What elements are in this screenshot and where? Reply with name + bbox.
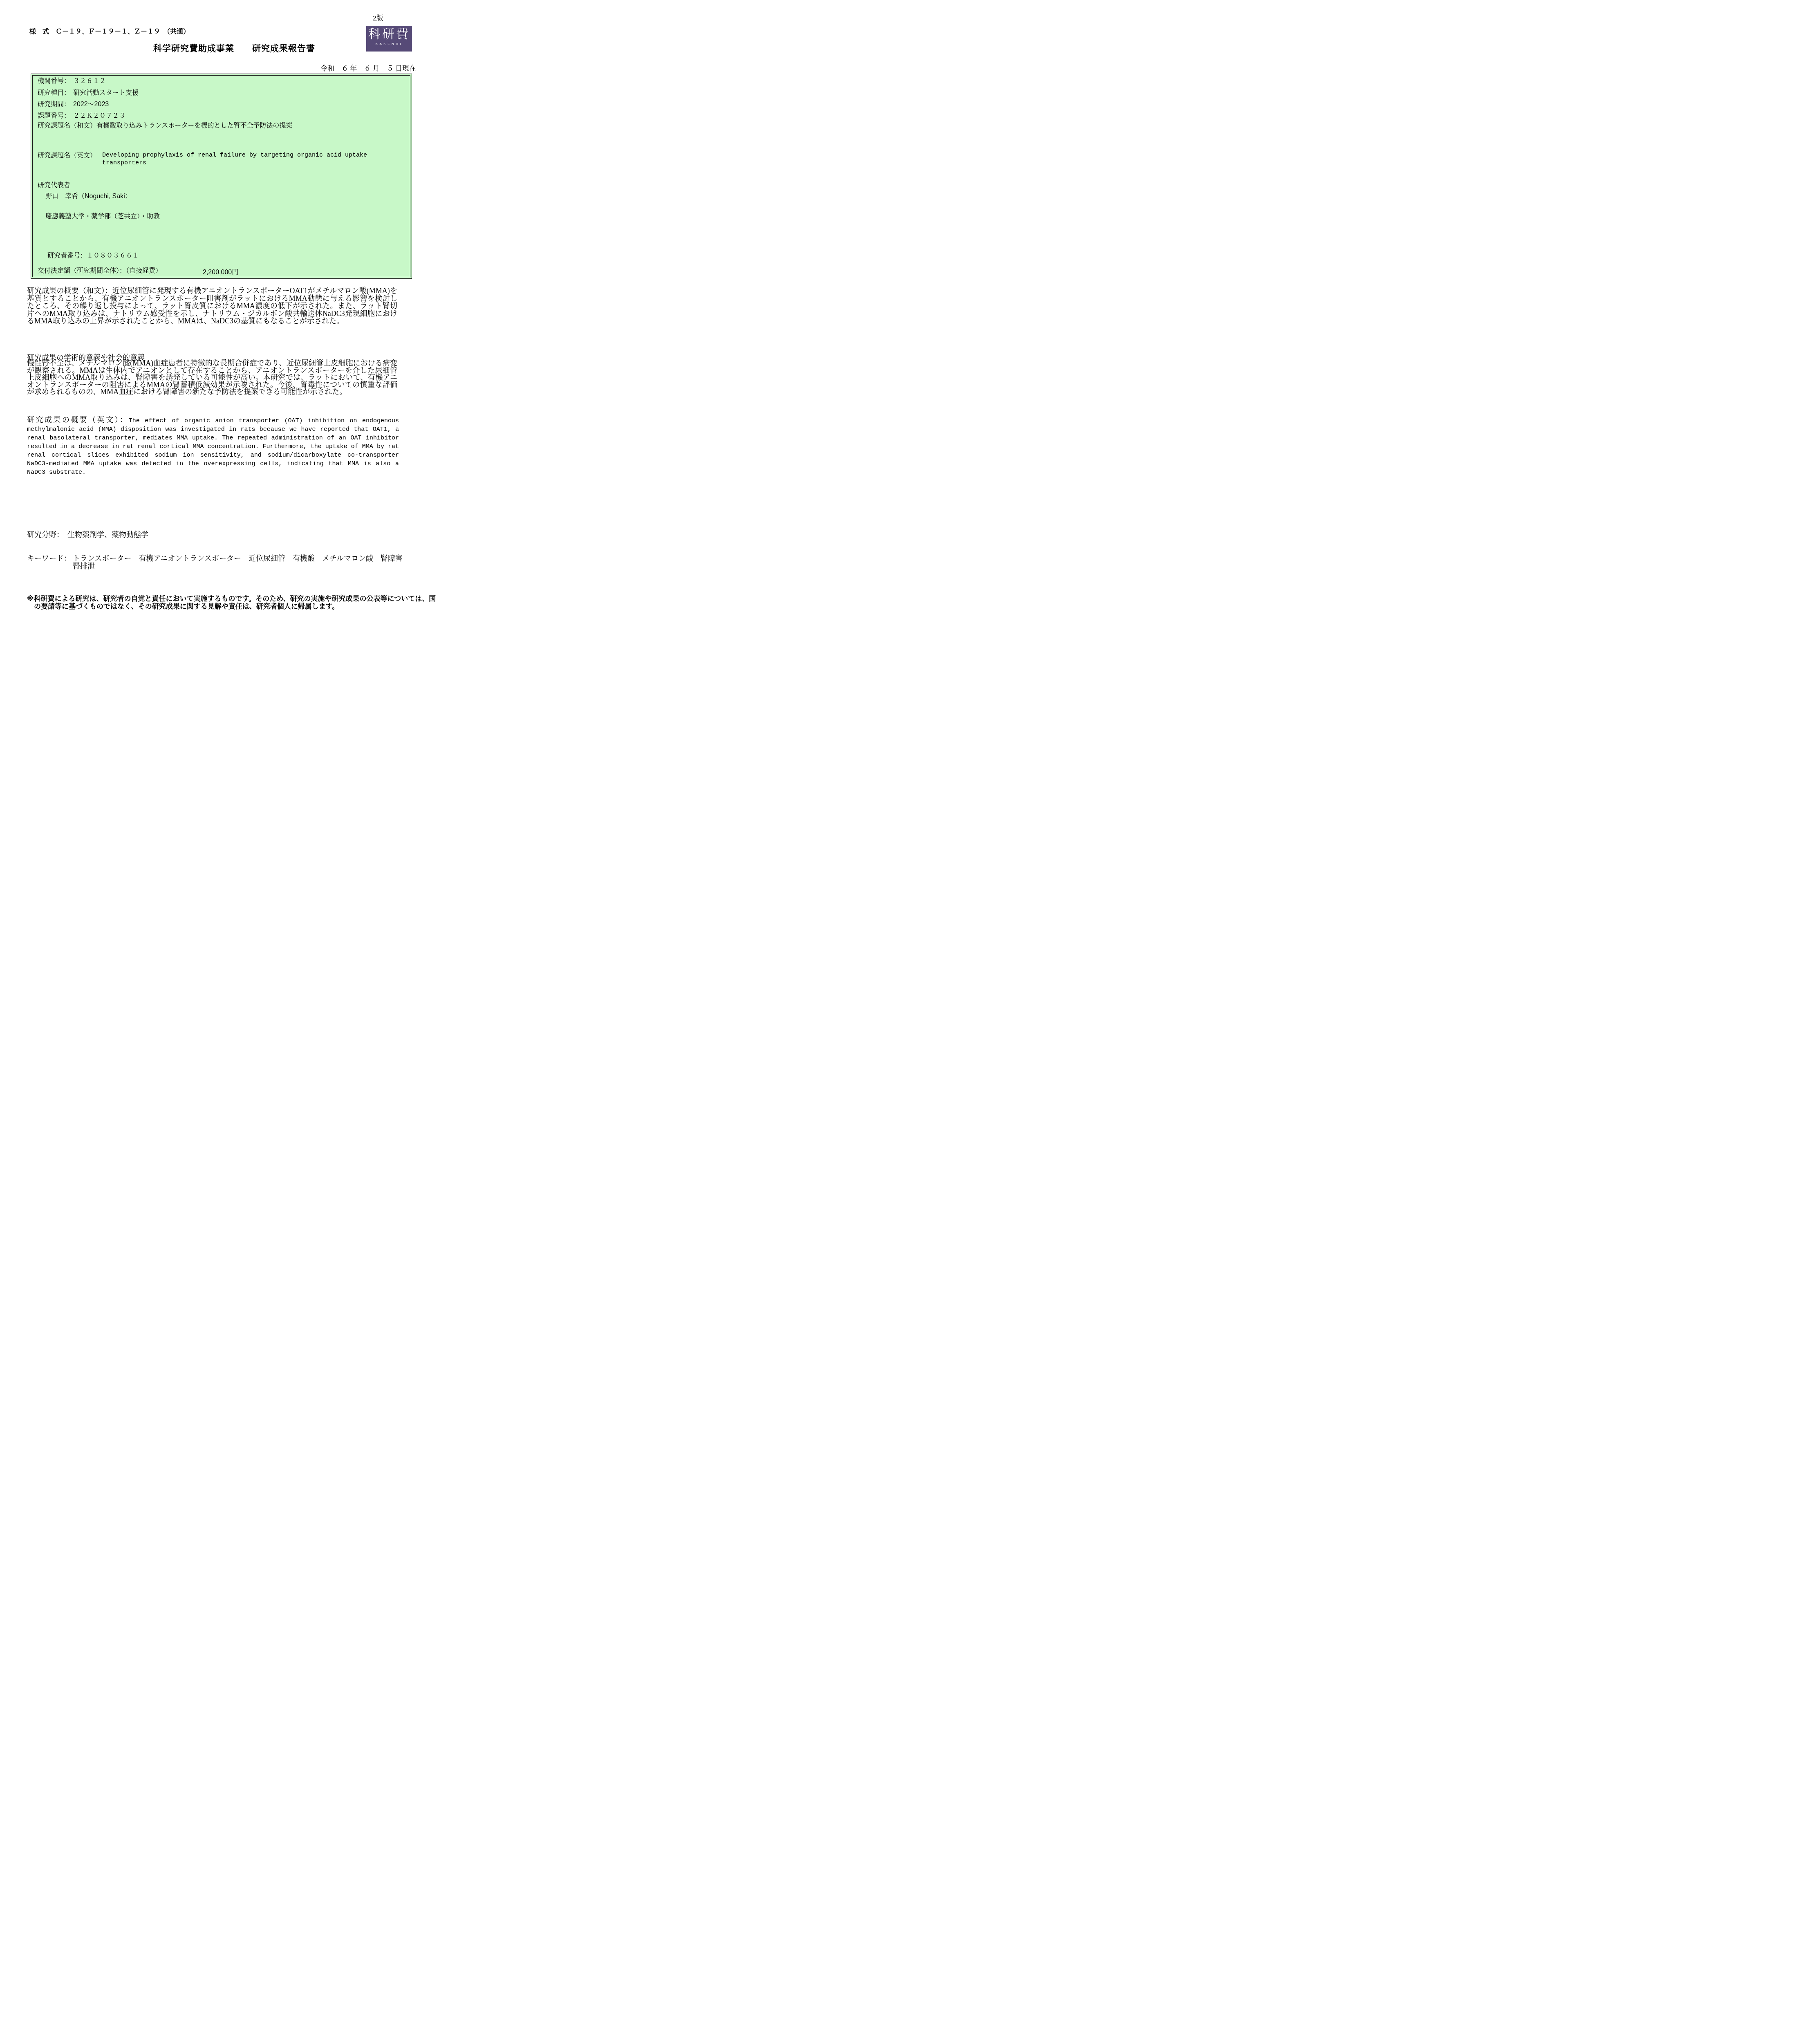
- research-field-row: 研究分野：生物薬剤学、薬物動態学: [27, 529, 148, 540]
- abstract-en-label: 研究成果の概要（英文）：: [27, 416, 129, 424]
- significance-paragraph: 慢性腎不全は、メチルマロン酸(MMA)血症患者に特徴的な長期合併症であり、近位尿…: [27, 360, 397, 396]
- form-code-line: 様 式 Ｃ－１９、Ｆ－１９－１、Ｚ－１９ （共通）: [29, 26, 190, 36]
- abstract-en-text: The effect of organic anion transporter …: [27, 417, 399, 476]
- summary-info-box: 機関番号：３２６１２ 研究種目：研究活動スタート支援 研究期間：2022～202…: [31, 74, 412, 279]
- kakenhi-logo-kanji: 科研費: [366, 28, 412, 40]
- field-label: 課題番号：: [38, 112, 70, 119]
- researcher-number-label: 研究者番号：: [47, 252, 87, 259]
- researcher-number-row: 研究者番号：１０８０３６６１: [47, 252, 139, 260]
- funding-label: 交付決定額（研究期間全体）：（直接経費）: [38, 267, 162, 275]
- abstract-ja-label: 研究成果の概要（和文）：: [27, 287, 112, 295]
- pi-heading: 研究代表者: [38, 182, 70, 190]
- pi-name: 野口 幸希（Noguchi, Saki）: [45, 193, 132, 201]
- research-field-label: 研究分野：: [27, 531, 64, 539]
- report-date: 令和 ６ 年 ６ 月 ５ 日現在: [320, 63, 416, 73]
- pi-affiliation: 慶應義塾大学・薬学部（芝共立）・助教: [45, 213, 160, 221]
- abstract-ja-paragraph: 研究成果の概要（和文）：近位尿細管に発現する有機アニオントランスポーターOAT1…: [27, 287, 397, 325]
- abstract-en-paragraph: 研究成果の概要（英文）：The effect of organic anion …: [27, 416, 399, 476]
- field-label: 研究期間：: [38, 101, 70, 108]
- keywords-label: キーワード：: [27, 555, 71, 570]
- field-value: ２２Ｋ２０７２３: [73, 112, 125, 119]
- field-label: 研究種目：: [38, 90, 70, 96]
- kakenhi-logo-roman: KAKENHI: [366, 42, 412, 46]
- project-title-ja-row: 研究課題名（和文）有機酸取り込みトランスポーターを標的とした腎不全予防法の提案: [38, 122, 293, 130]
- kakenhi-report-page: 様 式 Ｃ－１９、Ｆ－１９－１、Ｚ－１９ （共通） 2版 科研費 KAKENHI…: [0, 0, 454, 622]
- field-value: 2022～2023: [73, 101, 109, 108]
- kakenhi-logo: 科研費 KAKENHI: [366, 26, 412, 52]
- field-value: ３２６１２: [73, 78, 106, 85]
- field-row-project-number: 課題番号：２２Ｋ２０７２３: [38, 112, 125, 120]
- document-title: 科学研究費助成事業 研究成果報告書: [153, 42, 315, 54]
- field-label: 機関番号：: [38, 78, 70, 85]
- field-value: 研究活動スタート支援: [73, 90, 139, 96]
- keywords-row: キーワード： トランスポーター 有機アニオントランスポーター 近位尿細管 有機酸…: [27, 555, 408, 570]
- research-field-value: 生物薬剤学、薬物動態学: [67, 531, 148, 539]
- field-row-institution: 機関番号：３２６１２: [38, 77, 106, 85]
- project-title-ja: 有機酸取り込みトランスポーターを標的とした腎不全予防法の提案: [96, 122, 293, 129]
- field-row-period: 研究期間：2022～2023: [38, 101, 109, 109]
- field-row-category: 研究種目：研究活動スタート支援: [38, 89, 139, 97]
- disclaimer-note: ※科研費による研究は、研究者の自覚と責任において実施するものです。そのため、研究…: [27, 595, 441, 610]
- project-title-ja-label: 研究課題名（和文）: [38, 122, 96, 129]
- edition-label: 2版: [373, 12, 383, 22]
- project-title-en: Developing prophylaxis of renal failure …: [102, 151, 380, 167]
- funding-amount: 2,200,000円: [203, 267, 238, 276]
- researcher-number: １０８０３６６１: [87, 252, 139, 259]
- keywords-value: トランスポーター 有機アニオントランスポーター 近位尿細管 有機酸 メチルマロン…: [73, 555, 408, 570]
- project-title-en-label: 研究課題名（英文）: [38, 152, 96, 160]
